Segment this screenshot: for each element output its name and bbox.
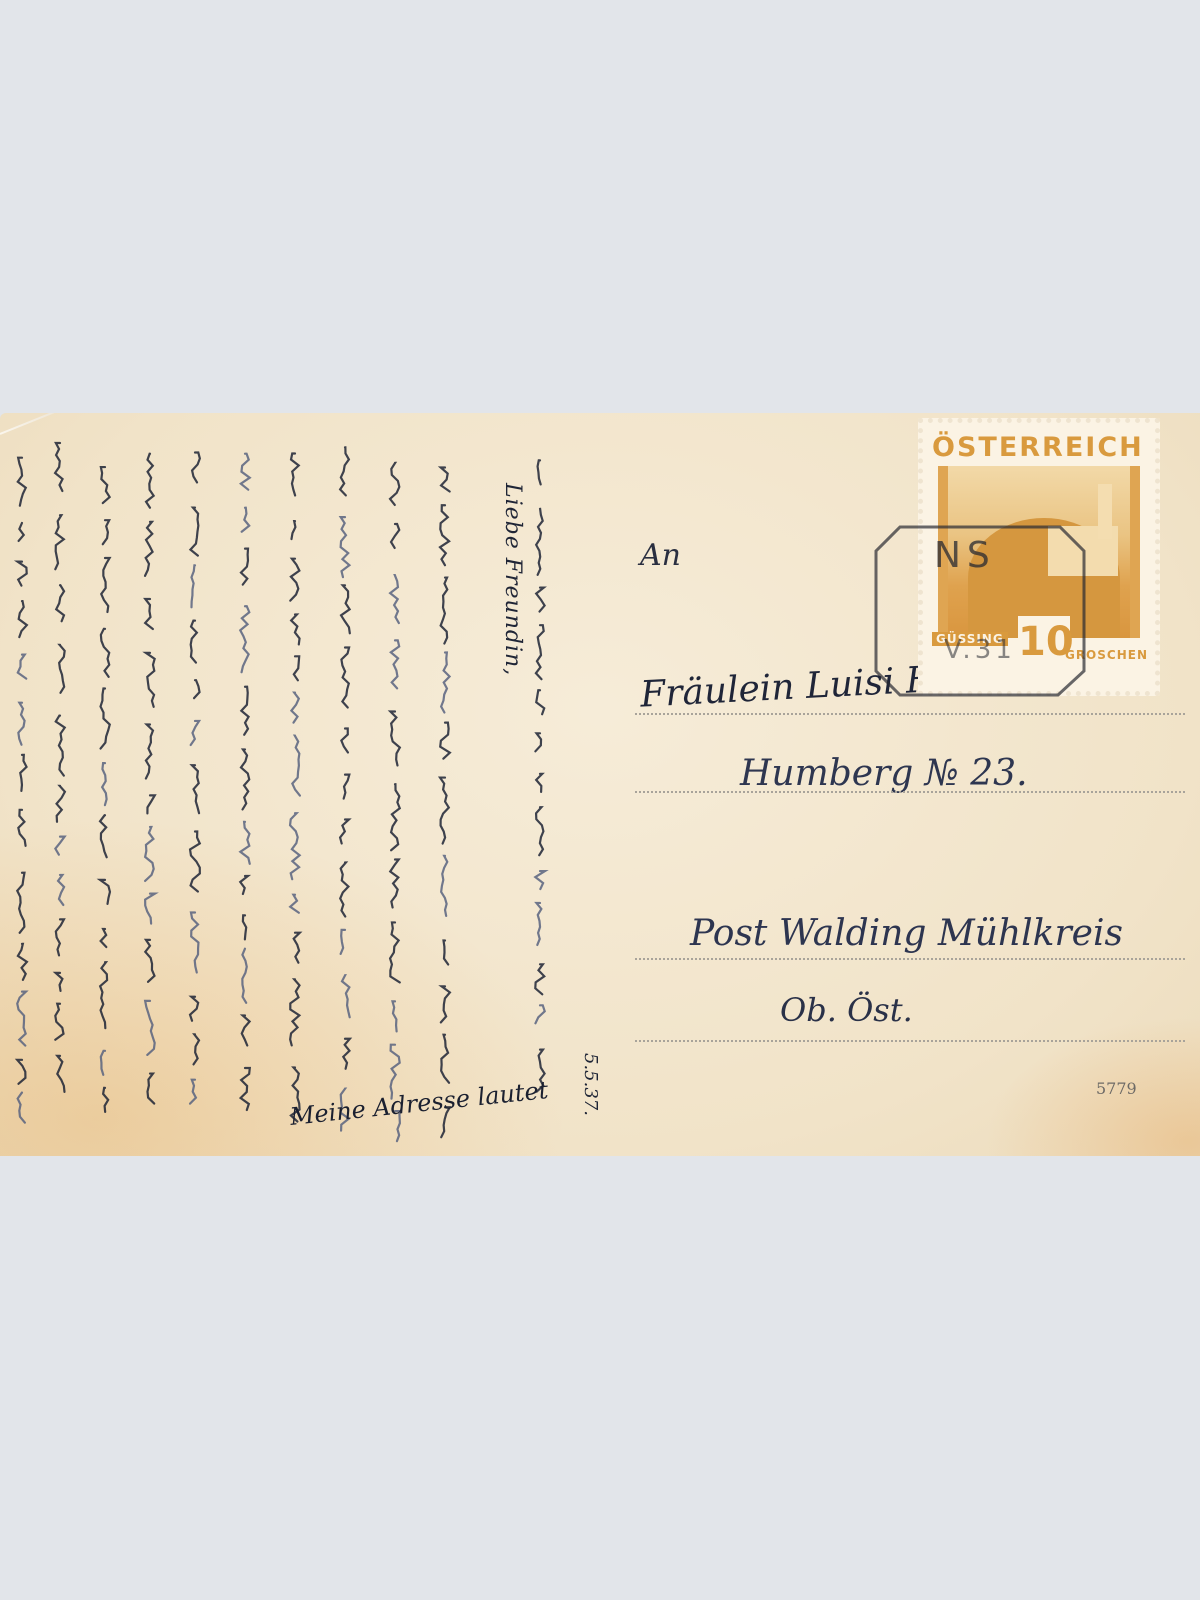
address-line-post: Post Walding Mühlkreis [690, 913, 1123, 954]
message-salutation: Liebe Freundin, [500, 483, 525, 676]
address-prefix: An [640, 538, 681, 573]
address-line-region: Ob. Öst. [780, 991, 913, 1029]
postcard: Liebe Freundin, 5.5.37. Meine Adresse la… [0, 413, 1200, 1156]
handwritten-message: Liebe Freundin, 5.5.37. Meine Adresse la… [0, 413, 660, 1156]
postmark-date: V.31 [944, 635, 1016, 665]
stamp-country: ÖSTERREICH [932, 432, 1144, 463]
address-dotted-line [635, 713, 1185, 715]
postmark-town: NS [934, 535, 996, 576]
address-line-street: Humberg № 23. [740, 753, 1028, 794]
address-dotted-line [635, 1040, 1185, 1042]
postmark-cancellation: NS V.31 [874, 525, 1086, 697]
card-number: 5779 [1096, 1079, 1137, 1098]
address-dotted-line [635, 958, 1185, 960]
message-date: 5.5.37. [580, 1053, 601, 1116]
message-handwriting-strokes [0, 413, 660, 1156]
address-dotted-line [635, 791, 1185, 793]
